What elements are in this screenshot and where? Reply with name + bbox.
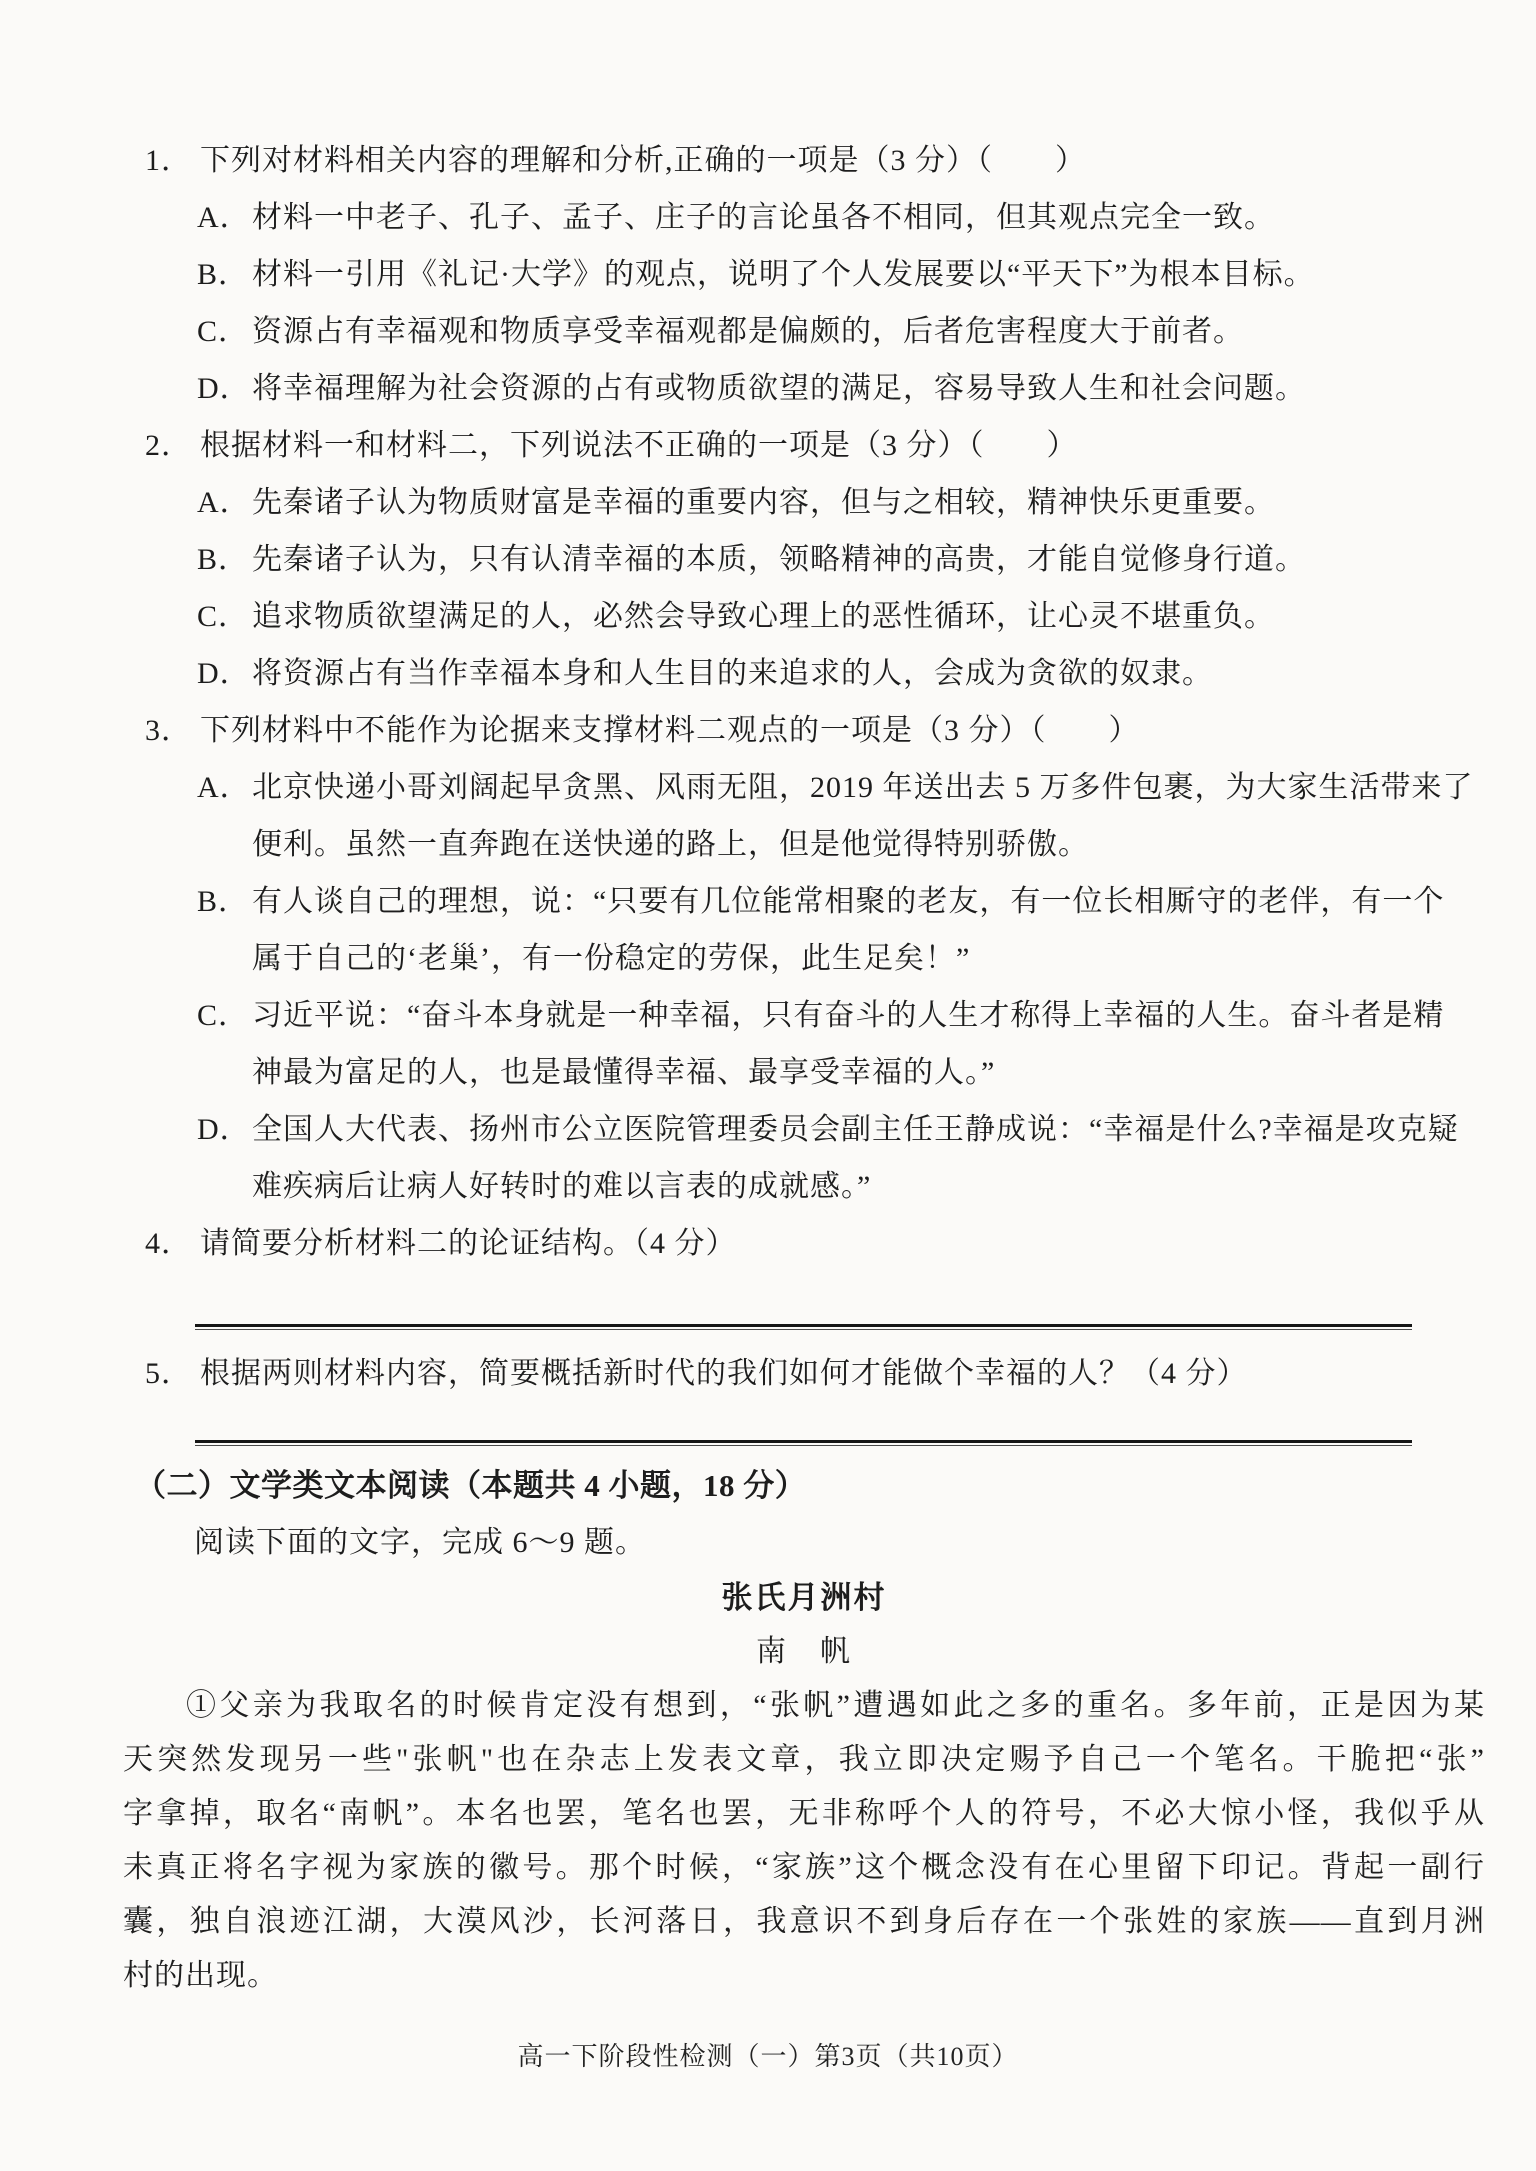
option-d-text: 将幸福理解为社会资源的占有或物质欲望的满足，容易导致人生和社会问题。	[252, 360, 1475, 417]
option-a-letter: A．	[197, 474, 252, 531]
question-4-number: 4．	[145, 1215, 200, 1272]
option-b-letter: B．	[197, 873, 252, 930]
question-5: 5． 根据两则材料内容，简要概括新时代的我们如何才能做个幸福的人？（4 分）	[145, 1345, 1475, 1402]
option-d-text: 全国人大代表、扬州市公立医院管理委员会副主任王静成说：“幸福是什么?幸福是攻克疑…	[252, 1101, 1475, 1215]
essay-passage: 张氏月洲村 南 帆 ①父亲为我取名的时候肯定没有想到，“张帆”遭遇如此之多的重名…	[123, 1571, 1485, 2003]
question-3-text: 下列材料中不能作为论据来支撑材料二观点的一项是（3 分）（ ）	[200, 702, 1475, 759]
option-d-letter: D．	[197, 360, 252, 417]
section-2-heading: （二）文学类文本阅读（本题共 4 小题，18 分）	[135, 1457, 1475, 1514]
option-d-letter: D．	[197, 1101, 252, 1158]
question-2-number: 2．	[145, 417, 200, 474]
question-1-option-b: B． 材料一引用《礼记·大学》的观点，说明了个人发展要以“平天下”为根本目标。	[197, 246, 1475, 303]
question-2-text: 根据材料一和材料二，下列说法不正确的一项是（3 分）（ ）	[200, 417, 1475, 474]
answer-blank-line-2	[195, 1440, 1412, 1446]
option-a-letter: A．	[197, 189, 252, 246]
option-b-text: 材料一引用《礼记·大学》的观点，说明了个人发展要以“平天下”为根本目标。	[252, 246, 1475, 303]
question-1-option-d: D． 将幸福理解为社会资源的占有或物质欲望的满足，容易导致人生和社会问题。	[197, 360, 1475, 417]
essay-line-2: 天突然发现另一些"张帆"也在杂志上发表文章，我立即决定赐予自己一个笔名。干脆把“…	[123, 1733, 1485, 1787]
option-b-letter: B．	[197, 531, 252, 588]
question-2-option-b: B． 先秦诸子认为，只有认清幸福的本质，领略精神的高贵，才能自觉修身行道。	[197, 531, 1475, 588]
option-c-text: 习近平说：“奋斗本身就是一种幸福，只有奋斗的人生才称得上幸福的人生。奋斗者是精神…	[252, 987, 1475, 1101]
question-2: 2． 根据材料一和材料二，下列说法不正确的一项是（3 分）（ ） A． 先秦诸子…	[145, 417, 1475, 702]
option-b-text: 先秦诸子认为，只有认清幸福的本质，领略精神的高贵，才能自觉修身行道。	[252, 531, 1475, 588]
question-2-option-a: A． 先秦诸子认为物质财富是幸福的重要内容，但与之相较，精神快乐更重要。	[197, 474, 1475, 531]
option-d-letter: D．	[197, 645, 252, 702]
essay-title: 张氏月洲村	[123, 1571, 1485, 1625]
essay-line-5: 囊，独自浪迹江湖，大漠风沙，长河落日，我意识不到身后存在一个张姓的家族——直到月…	[123, 1895, 1485, 1949]
question-3-option-d: D． 全国人大代表、扬州市公立医院管理委员会副主任王静成说：“幸福是什么?幸福是…	[197, 1101, 1475, 1215]
option-a-text: 先秦诸子认为物质财富是幸福的重要内容，但与之相较，精神快乐更重要。	[252, 474, 1475, 531]
question-1-option-c: C． 资源占有幸福观和物质享受幸福观都是偏颇的，后者危害程度大于前者。	[197, 303, 1475, 360]
option-c-letter: C．	[197, 303, 252, 360]
option-a-letter: A．	[197, 759, 252, 816]
question-5-stem: 5． 根据两则材料内容，简要概括新时代的我们如何才能做个幸福的人？（4 分）	[145, 1345, 1475, 1402]
reading-instruction: 阅读下面的文字，完成 6～9 题。	[194, 1514, 1475, 1571]
question-2-stem: 2． 根据材料一和材料二，下列说法不正确的一项是（3 分）（ ）	[145, 417, 1475, 474]
question-5-text: 根据两则材料内容，简要概括新时代的我们如何才能做个幸福的人？（4 分）	[200, 1345, 1475, 1402]
question-3: 3． 下列材料中不能作为论据来支撑材料二观点的一项是（3 分）（ ） A． 北京…	[145, 702, 1475, 1215]
answer-blank-line-1	[195, 1324, 1412, 1330]
question-1-text: 下列对材料相关内容的理解和分析,正确的一项是（3 分）（ ）	[200, 132, 1475, 189]
essay-line-6: 村的出现。	[123, 1949, 1485, 2003]
question-3-stem: 3． 下列材料中不能作为论据来支撑材料二观点的一项是（3 分）（ ）	[145, 702, 1475, 759]
question-3-number: 3．	[145, 702, 200, 759]
question-4: 4． 请简要分析材料二的论证结构。（4 分）	[145, 1215, 1475, 1272]
question-3-option-c: C． 习近平说：“奋斗本身就是一种幸福，只有奋斗的人生才称得上幸福的人生。奋斗者…	[197, 987, 1475, 1101]
question-4-text: 请简要分析材料二的论证结构。（4 分）	[200, 1215, 1475, 1272]
question-1-number: 1．	[145, 132, 200, 189]
question-1-stem: 1． 下列对材料相关内容的理解和分析,正确的一项是（3 分）（ ）	[145, 132, 1475, 189]
question-3-option-b: B． 有人谈自己的理想，说：“只要有几位能常相聚的老友，有一位长相厮守的老伴，有…	[197, 873, 1475, 987]
page-footer: 高一下阶段性检测（一）第3页（共10页）	[0, 2036, 1536, 2073]
question-2-option-c: C． 追求物质欲望满足的人，必然会导致心理上的恶性循环，让心灵不堪重负。	[197, 588, 1475, 645]
essay-author: 南 帆	[123, 1625, 1485, 1679]
question-1: 1． 下列对材料相关内容的理解和分析,正确的一项是（3 分）（ ） A． 材料一…	[145, 132, 1475, 417]
essay-line-3: 字拿掉，取名“南帆”。本名也罢，笔名也罢，无非称呼个人的符号，不必大惊小怪，我似…	[123, 1787, 1485, 1841]
option-c-letter: C．	[197, 588, 252, 645]
question-3-option-a: A． 北京快递小哥刘阔起早贪黑、风雨无阻，2019 年送出去 5 万多件包裹，为…	[197, 759, 1475, 873]
option-c-text: 资源占有幸福观和物质享受幸福观都是偏颇的，后者危害程度大于前者。	[252, 303, 1475, 360]
question-5-number: 5．	[145, 1345, 200, 1402]
option-c-text: 追求物质欲望满足的人，必然会导致心理上的恶性循环，让心灵不堪重负。	[252, 588, 1475, 645]
essay-line-4: 未真正将名字视为家族的徽号。那个时候，“家族”这个概念没有在心里留下印记。背起一…	[123, 1841, 1485, 1895]
essay-line-1: ①父亲为我取名的时候肯定没有想到，“张帆”遭遇如此之多的重名。多年前，正是因为某	[123, 1679, 1485, 1733]
question-2-option-d: D． 将资源占有当作幸福本身和人生目的来追求的人，会成为贪欲的奴隶。	[197, 645, 1475, 702]
option-b-text: 有人谈自己的理想，说：“只要有几位能常相聚的老友，有一位长相厮守的老伴，有一个属…	[252, 873, 1475, 987]
option-c-letter: C．	[197, 987, 252, 1044]
option-a-text: 材料一中老子、孔子、孟子、庄子的言论虽各不相同，但其观点完全一致。	[252, 189, 1475, 246]
page-content: 1． 下列对材料相关内容的理解和分析,正确的一项是（3 分）（ ） A． 材料一…	[0, 0, 1536, 2003]
option-d-text: 将资源占有当作幸福本身和人生目的来追求的人，会成为贪欲的奴隶。	[252, 645, 1475, 702]
question-block: 1． 下列对材料相关内容的理解和分析,正确的一项是（3 分）（ ） A． 材料一…	[145, 132, 1475, 2003]
question-4-stem: 4． 请简要分析材料二的论证结构。（4 分）	[145, 1215, 1475, 1272]
option-b-letter: B．	[197, 246, 252, 303]
option-a-text: 北京快递小哥刘阔起早贪黑、风雨无阻，2019 年送出去 5 万多件包裹，为大家生…	[252, 759, 1475, 873]
question-1-option-a: A． 材料一中老子、孔子、孟子、庄子的言论虽各不相同，但其观点完全一致。	[197, 189, 1475, 246]
